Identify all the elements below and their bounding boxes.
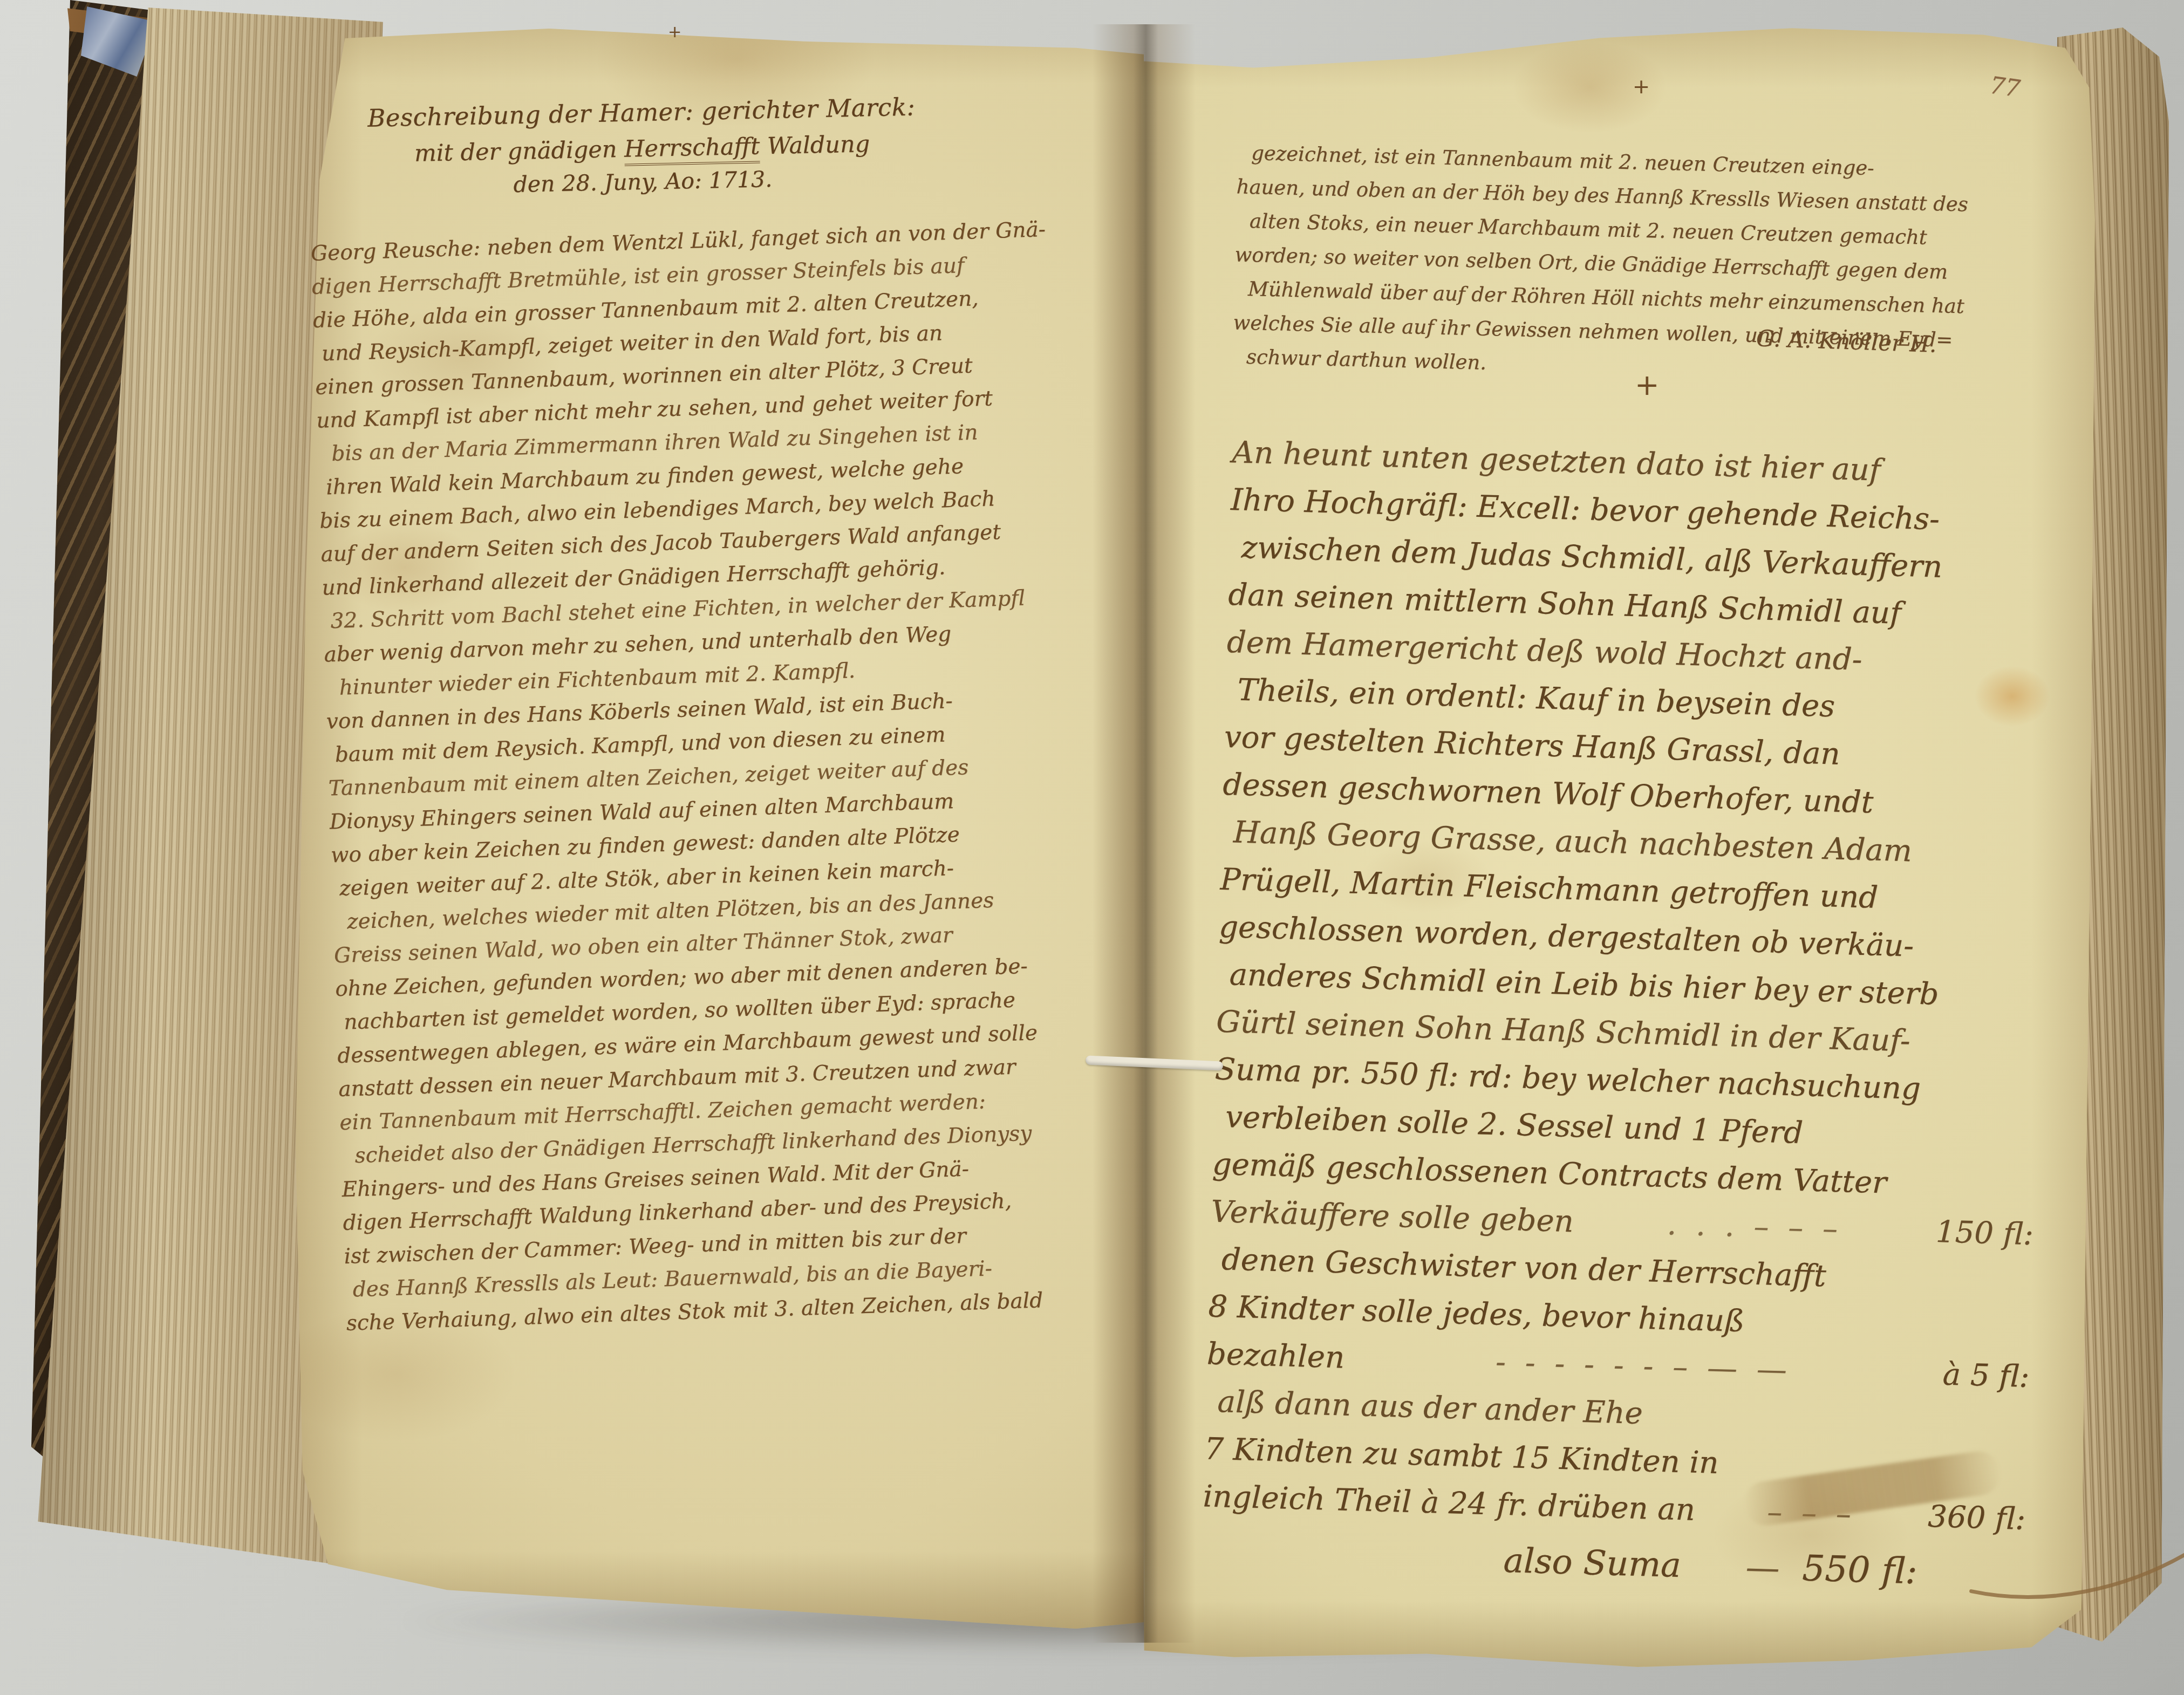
contract-entry: An heunt unten gesetzten dato ist hier a… — [1201, 429, 2056, 1599]
underlined-word: Herrschafft — [624, 133, 760, 166]
heading-text: mit der gnädigen — [414, 136, 624, 167]
amount-line-text: bezahlen — [1206, 1330, 1345, 1382]
manuscript-photo: + Beschreibung der Hamer: gerichter Marc… — [0, 0, 2184, 1695]
page-number: 77 — [1988, 71, 2022, 102]
left-page-body: Georg Reusche: neben dem Wentzl Lükl, fa… — [310, 210, 1177, 1341]
suma-label: also Suma — [1503, 1537, 1681, 1589]
dotted-leader: . . . – – – — [1586, 1199, 1923, 1255]
heading-line: mit der gnädigen Herrschafft Waldung — [335, 129, 950, 169]
page-heading: Beschreibung der Hamer: gerichter Marck:… — [333, 92, 950, 201]
amount-value: 150 fl: — [1935, 1208, 2034, 1259]
suma-dash: — — [1745, 1543, 1782, 1592]
amount-value: à 5 fl: — [1942, 1351, 2030, 1400]
cross-mark: + — [668, 23, 681, 42]
cross-divider: + — [1635, 368, 1659, 402]
amount-line-text: Verkäuffere solle geben — [1210, 1188, 1574, 1246]
heading-text: Waldung — [760, 131, 870, 160]
suma-value: 550 fl: — [1801, 1544, 1918, 1595]
cross-mark: + — [1633, 74, 1650, 98]
